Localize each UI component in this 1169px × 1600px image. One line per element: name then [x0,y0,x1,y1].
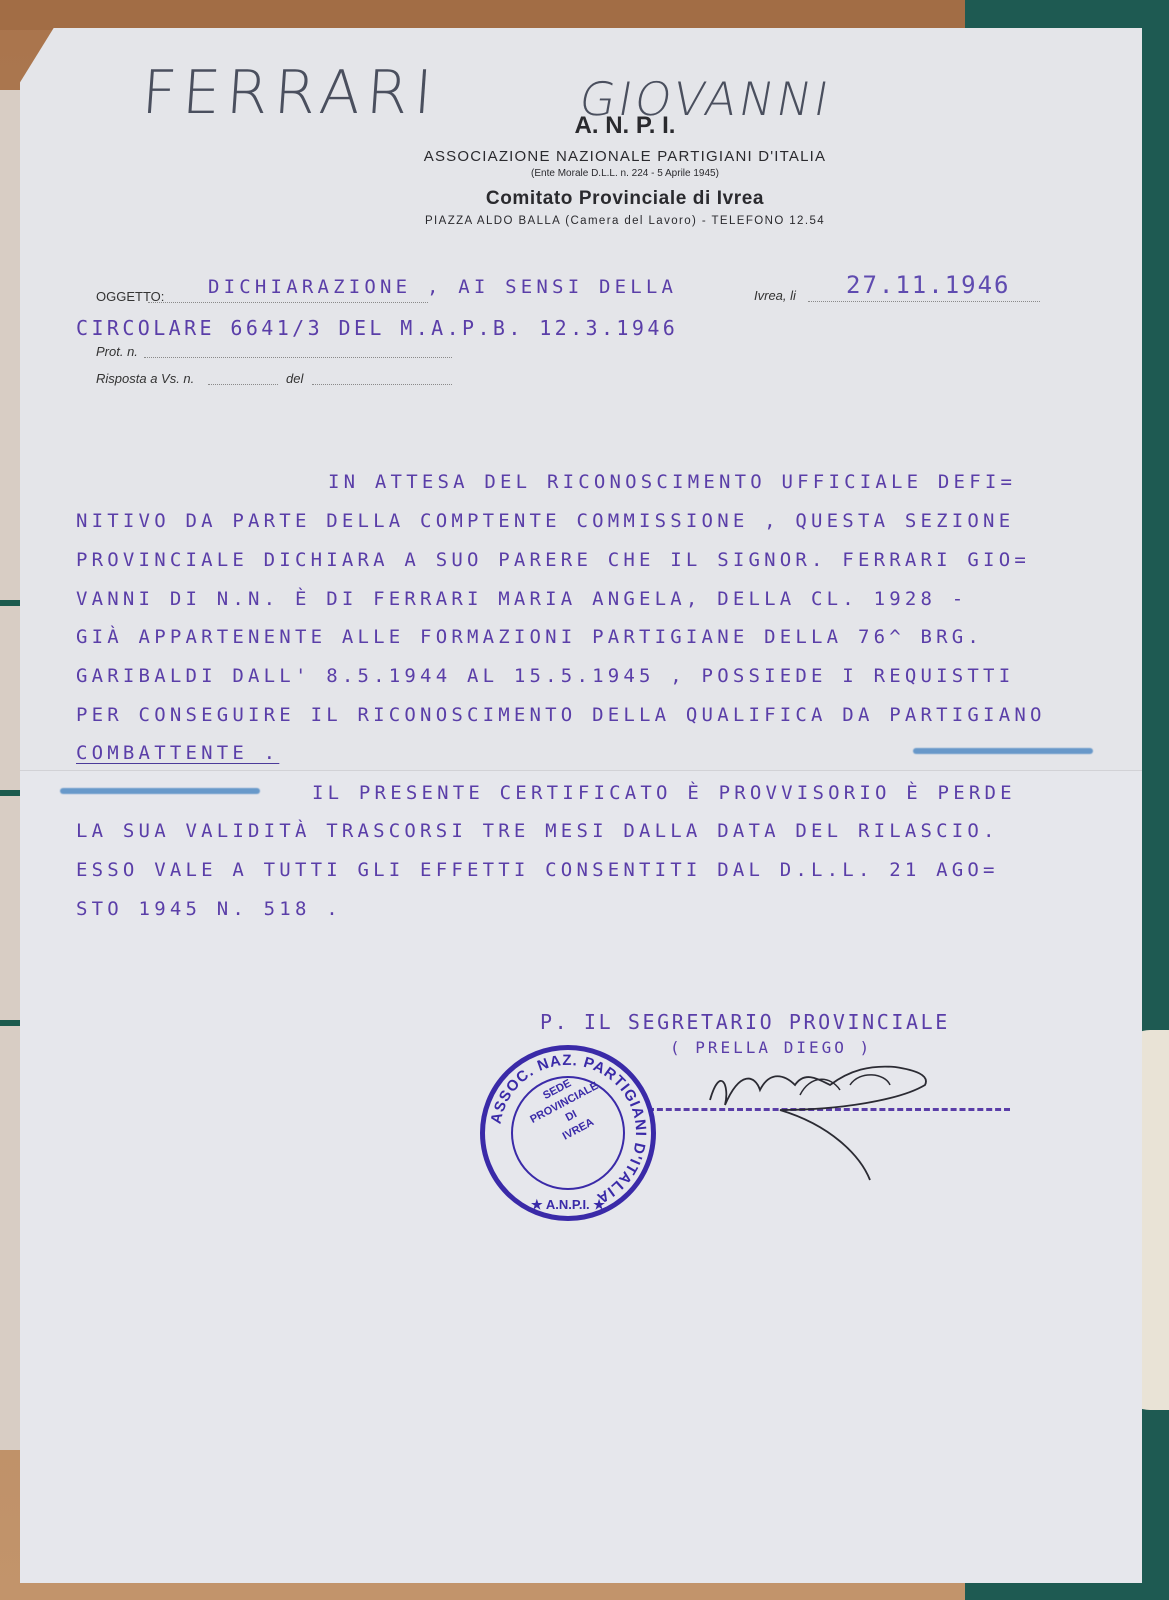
body-line: NITIVO DA PARTE DELLA COMPTENTE COMMISSI… [76,510,1014,532]
letterhead-legal-note: (Ente Morale D.L.L. n. 224 - 5 Aprile 19… [54,168,1169,179]
oggetto-value-line1: DICHIARAZIONE , AI SENSI DELLA [208,276,677,298]
oggetto-line [148,302,428,303]
body-line: IL PRESENTE CERTIFICATO È PROVVISORIO È … [312,782,1016,804]
body-line: STO 1945 N. 518 . [76,898,342,920]
letterhead-committee: Comitato Provinciale di Ivrea [54,188,1169,210]
body-line: PROVINCIALE DICHIARA A SUO PARERE CHE IL… [76,549,1030,571]
stamp-bottom-text: ★ A.N.P.I. ★ [531,1197,605,1212]
letterhead-address: PIAZZA ALDO BALLA (Camera del Lavoro) - … [54,215,1169,227]
date-line [808,301,1040,302]
anpi-stamp: ASSOC. NAZ. PARTIGIANI D'ITALIA ★ A.N.P.… [480,1045,656,1221]
handwritten-signature [700,1045,960,1195]
letterhead-abbreviation: A. N. P. I. [54,112,1169,140]
body-line: PER CONSEGUIRE IL RICONOSCIMENTO DELLA Q… [76,704,1046,726]
body-line: VANNI DI N.N. È DI FERRARI MARIA ANGELA,… [76,588,967,610]
signatory-title: P. IL SEGRETARIO PROVINCIALE [540,1010,950,1034]
document-sheet: FERRARI GIOVANNI A. N. P. I. ASSOCIAZION… [20,28,1142,1583]
wooden-table-top [0,0,965,30]
letterhead-organization: ASSOCIAZIONE NAZIONALE PARTIGIANI D'ITAL… [54,148,1169,165]
body-line: COMBATTENTE . [76,742,279,764]
body-line: IN ATTESA DEL RICONOSCIMENTO UFFICIALE D… [328,471,1016,493]
blue-pencil-mark [60,788,260,794]
binder-band [0,790,20,796]
prot-label: Prot. n. [96,344,138,359]
place-label: Ivrea, li [754,288,796,303]
oggetto-value-line2: CIRCOLARE 6641/3 DEL M.A.P.B. 12.3.1946 [76,316,678,340]
prot-line [144,357,452,358]
binder-band [0,600,20,606]
risposta-line [208,384,278,385]
body-line: ESSO VALE A TUTTI GLI EFFETTI CONSENTITI… [76,859,999,881]
date-value: 27.11.1946 [846,271,1011,299]
body-line: LA SUA VALIDITÀ TRASCORSI TRE MESI DALLA… [76,820,999,842]
blue-pencil-mark [913,748,1093,754]
risposta-label: Risposta a Vs. n. [96,371,194,386]
del-line [312,384,452,385]
binder-band [0,1020,20,1026]
del-label: del [286,371,303,386]
body-line: GARIBALDI DALL' 8.5.1944 AL 15.5.1945 , … [76,665,1014,687]
body-line: GIÀ APPARTENENTE ALLE FORMAZIONI PARTIGI… [76,626,983,648]
